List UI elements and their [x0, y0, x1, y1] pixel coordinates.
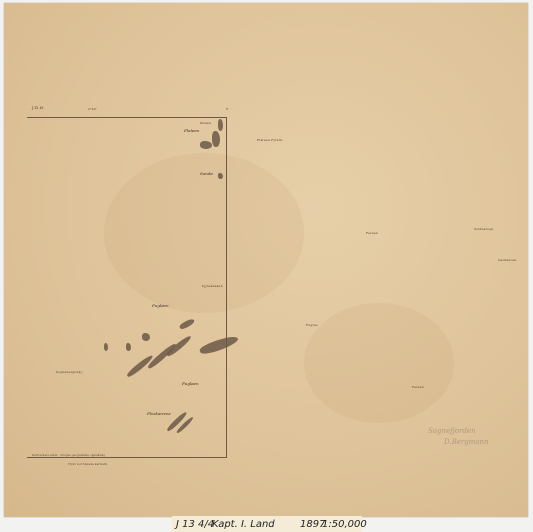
- map-sheet: J.D.Ø. 2°40' 5' Flatøen Ødden Sandø Flat…: [4, 3, 528, 517]
- place-label: Soldbaroen: [474, 227, 493, 231]
- island-shape: [142, 333, 150, 341]
- bottom-sub-text: Trykt ved Statens kartverk: [68, 463, 107, 466]
- scale: 1:50,000: [322, 519, 367, 530]
- place-label: Ferøen: [366, 231, 378, 235]
- paper-stain: [304, 303, 454, 423]
- island-shape: [126, 343, 131, 351]
- place-label: Fugløe: [306, 323, 318, 327]
- catalog-caption: J 13 4/4 Kapt. I. Land 1897 1:50,000: [172, 516, 362, 532]
- place-label: Igjnesbaken: [202, 284, 223, 288]
- map-frame-bottom: [27, 457, 227, 458]
- place-label: Ødden: [200, 121, 211, 125]
- island-shape: [179, 317, 196, 330]
- place-label: Sandø: [200, 171, 213, 176]
- place-label: Fugløen: [152, 303, 169, 308]
- island-shape: [200, 141, 212, 149]
- pencil-note: D.Bergmann: [444, 438, 489, 446]
- place-label: Gadbaroen: [498, 258, 517, 262]
- map-frame-top: [27, 117, 227, 118]
- place-label: Fugløen: [182, 381, 199, 386]
- author: Kapt. I. Land: [212, 519, 275, 530]
- sheet-id: J 13 4/4: [176, 519, 214, 530]
- island-shape: [218, 119, 223, 131]
- pencil-note: Sognefjorden: [428, 427, 476, 435]
- island-shape: [218, 173, 223, 179]
- corner-label: J.D.Ø.: [32, 105, 44, 110]
- place-label: Flatøen Fyrstn.: [257, 138, 283, 142]
- paper-stain: [104, 153, 304, 313]
- place-label: Sognebergitskj.: [56, 370, 83, 374]
- island-shape: [198, 333, 239, 356]
- top-right-tick: 5': [226, 107, 229, 111]
- island-shape: [212, 131, 220, 147]
- place-label: Floskærene: [147, 411, 171, 416]
- map-frame-right: [226, 117, 227, 458]
- place-label: Flatøen: [184, 128, 199, 133]
- island-shape: [104, 343, 108, 351]
- top-tick-label: 2°40': [88, 107, 97, 111]
- place-label: Ferøen: [412, 385, 424, 389]
- bottom-scale-text: Kartverkets arkiv · Norges geografiske o…: [32, 454, 105, 457]
